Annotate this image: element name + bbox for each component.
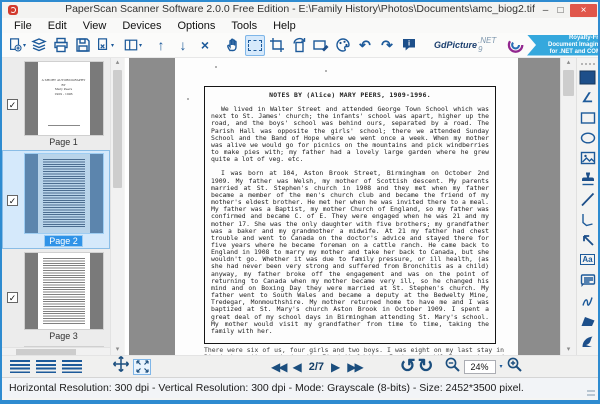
polyline-tool[interactable]: [578, 211, 598, 228]
scan-left-shadow: [129, 58, 175, 355]
ellipse-tool[interactable]: [578, 130, 598, 147]
scroll-up-icon[interactable]: ▴: [561, 58, 576, 68]
import-button[interactable]: [29, 35, 49, 56]
scroll-up-icon[interactable]: ▴: [111, 58, 124, 68]
document-text-block: NOTES BY (Alice) MARY PEERS, 1909-1996. …: [204, 86, 496, 344]
up-arrow-icon: ↑: [158, 38, 165, 52]
acquire-page-button[interactable]: ▾: [7, 35, 27, 56]
gdpicture-swirl-icon: [507, 36, 524, 54]
gdpicture-logo-text: GdPicture: [434, 40, 477, 50]
paperscan-window: PaperScan Scanner Software 2.0.0 Free Ed…: [0, 0, 600, 404]
page-2-image[interactable]: [25, 154, 103, 233]
thumbnail-page-3[interactable]: ✓ Page 3: [2, 249, 110, 344]
ruler-tool[interactable]: ∠: [578, 89, 598, 106]
document-viewer[interactable]: NOTES BY (Alice) MARY PEERS, 1909-1996. …: [125, 58, 560, 355]
toolbar-grip[interactable]: [581, 63, 595, 65]
marquee-icon: [248, 40, 262, 51]
royalty-free-banner[interactable]: Royalty-Free Document Imaging Toolkits f…: [527, 35, 600, 56]
page-indicator: 2/7: [309, 361, 324, 373]
page-1-label: Page 1: [45, 137, 82, 147]
status-text: Horizontal Resolution: 300 dpi - Vertica…: [9, 382, 524, 394]
menu-devices[interactable]: Devices: [114, 19, 169, 33]
gdpicture-brand: GdPicture .NET 9 Royalty-Free Document I…: [434, 35, 600, 56]
viewer-vertical-scrollbar[interactable]: ▴ ▾: [560, 58, 576, 355]
resize-button[interactable]: [311, 35, 331, 56]
layout-dropdown-icon[interactable]: ▾: [139, 42, 142, 49]
zoom-in-button[interactable]: [506, 356, 523, 378]
viewer-bottom-toolbar: ◀◀ ◀ 2/7 ▶ ▶▶ ↺ ↻ 24% ▾: [2, 355, 598, 377]
page-3-image[interactable]: [25, 253, 103, 329]
stamp-tool[interactable]: [578, 170, 598, 187]
document-overflow-text: There were six of us, four girls and two…: [204, 347, 504, 355]
title-bar[interactable]: PaperScan Scanner Software 2.0.0 Free Ed…: [2, 2, 598, 18]
filled-rectangle-tool[interactable]: [578, 69, 598, 86]
scroll-down-icon[interactable]: ▾: [561, 345, 576, 355]
rotate-ccw-button[interactable]: ↺: [400, 357, 416, 376]
crop-button[interactable]: [267, 35, 287, 56]
polygon-tool[interactable]: [578, 312, 598, 329]
thumbnail-page-2-selected[interactable]: ✓ Page 2: [2, 150, 110, 249]
page-1-preview-text: A SHORT AUTOBIOGRAPHY BY Mary Peers 1909…: [38, 78, 90, 96]
thumbnail-page-1[interactable]: ✓ A SHORT AUTOBIOGRAPHY BY Mary Peers 19…: [2, 58, 110, 150]
menu-tools[interactable]: Tools: [223, 19, 265, 33]
delete-page-button[interactable]: ×: [195, 35, 215, 56]
next-page-button[interactable]: ▶: [331, 361, 340, 373]
last-page-button[interactable]: ▶▶: [347, 361, 361, 373]
text-tool-icon: Aa: [580, 254, 594, 265]
zoom-out-button[interactable]: [444, 356, 461, 378]
page-3-label: Page 3: [45, 331, 82, 341]
highlighter-tool[interactable]: [578, 333, 598, 350]
angle-icon: ∠: [582, 91, 594, 104]
page-2-checkbox[interactable]: ✓: [7, 195, 18, 206]
annotations-button[interactable]: i: [399, 35, 419, 56]
gdpicture-logo-suffix: .NET 9: [478, 36, 502, 54]
pan-tool-button[interactable]: [223, 35, 243, 56]
menu-edit[interactable]: Edit: [40, 19, 75, 33]
page-1-image[interactable]: A SHORT AUTOBIOGRAPHY BY Mary Peers 1909…: [25, 62, 103, 135]
export-pages-button[interactable]: ▾: [95, 35, 115, 56]
print-button[interactable]: [51, 35, 71, 56]
undo-button[interactable]: ↶: [355, 35, 375, 56]
pan-mode-button[interactable]: [112, 355, 130, 378]
scrollbar-thumb[interactable]: [113, 70, 122, 188]
redo-icon: ↷: [381, 38, 393, 52]
move-page-down-button[interactable]: ↓: [173, 35, 193, 56]
annotation-toolbar: ∠ Aa: [576, 58, 598, 355]
page-2-label: Page 2: [44, 235, 83, 247]
document-title: NOTES BY (Alice) MARY PEERS, 1909-1996.: [211, 92, 489, 99]
down-arrow-icon: ↓: [180, 38, 187, 52]
page-3-checkbox[interactable]: ✓: [7, 292, 18, 303]
acquire-dropdown-icon[interactable]: ▾: [23, 42, 26, 49]
fit-to-page-button[interactable]: [133, 359, 151, 375]
adjust-colors-button[interactable]: [333, 35, 353, 56]
undo-icon: ↶: [359, 38, 371, 52]
thumbnail-view-medium-button[interactable]: [36, 360, 56, 373]
arrow-tool[interactable]: [578, 231, 598, 248]
delete-icon: ×: [201, 38, 209, 52]
status-bar: Horizontal Resolution: 300 dpi - Vertica…: [2, 377, 598, 398]
thumbnail-panel: ✓ A SHORT AUTOBIOGRAPHY BY Mary Peers 19…: [2, 58, 110, 355]
scrollbar-thumb[interactable]: [563, 70, 574, 96]
comment-tool[interactable]: [578, 272, 598, 289]
zoom-level-select[interactable]: 24%: [464, 360, 496, 374]
scan-right-shadow: [518, 58, 560, 355]
line-tool[interactable]: [578, 191, 598, 208]
scanned-page: NOTES BY (Alice) MARY PEERS, 1909-1996. …: [129, 58, 560, 355]
document-paragraph: We lived in Walter Street and attended G…: [211, 106, 489, 163]
rectangle-tool[interactable]: [578, 109, 598, 126]
thumbnail-view-small-button[interactable]: [10, 360, 30, 373]
menu-bar: File Edit View Devices Options Tools Hel…: [2, 18, 598, 33]
menu-view[interactable]: View: [75, 19, 115, 33]
maximize-button[interactable]: □: [553, 4, 568, 17]
redo-button[interactable]: ↷: [377, 35, 397, 56]
freehand-tool[interactable]: [578, 292, 598, 309]
move-page-up-button[interactable]: ↑: [151, 35, 171, 56]
resize-grip[interactable]: [587, 390, 595, 396]
rotate-page-button[interactable]: [289, 35, 309, 56]
main-toolbar: ▾ ▾ ▾ ↑ ↓ ×: [2, 33, 598, 58]
menu-help[interactable]: Help: [265, 19, 304, 33]
scroll-down-icon[interactable]: ▾: [111, 345, 124, 355]
first-page-button[interactable]: ◀◀: [271, 361, 285, 373]
page-navigation: ◀◀ ◀ 2/7 ▶ ▶▶: [271, 361, 362, 373]
select-region-button[interactable]: [245, 35, 265, 56]
close-button[interactable]: ×: [570, 4, 597, 17]
menu-file[interactable]: File: [6, 19, 40, 33]
thumbnail-view-large-button[interactable]: [62, 360, 82, 373]
page-1-checkbox[interactable]: ✓: [7, 99, 18, 110]
sidebar-horizontal-scrollbar[interactable]: [2, 347, 110, 355]
view-layout-button[interactable]: ▾: [123, 35, 143, 56]
save-button[interactable]: [73, 35, 93, 56]
rotate-cw-button[interactable]: ↻: [418, 357, 434, 376]
window-title: PaperScan Scanner Software 2.0.0 Free Ed…: [2, 3, 598, 15]
text-tool[interactable]: Aa: [578, 251, 598, 268]
previous-page-button[interactable]: ◀: [292, 361, 301, 373]
zoom-dropdown-icon[interactable]: ▾: [500, 363, 503, 370]
image-tool[interactable]: [578, 150, 598, 167]
document-paragraph: I was born at 104, Aston Brook Street, B…: [211, 170, 489, 335]
sidebar-vertical-scrollbar[interactable]: ▴ ▾: [110, 58, 124, 355]
export-dropdown-icon[interactable]: ▾: [111, 42, 114, 49]
minimize-button[interactable]: –: [538, 4, 553, 17]
svg-text:i: i: [408, 39, 410, 48]
menu-options[interactable]: Options: [169, 19, 223, 33]
